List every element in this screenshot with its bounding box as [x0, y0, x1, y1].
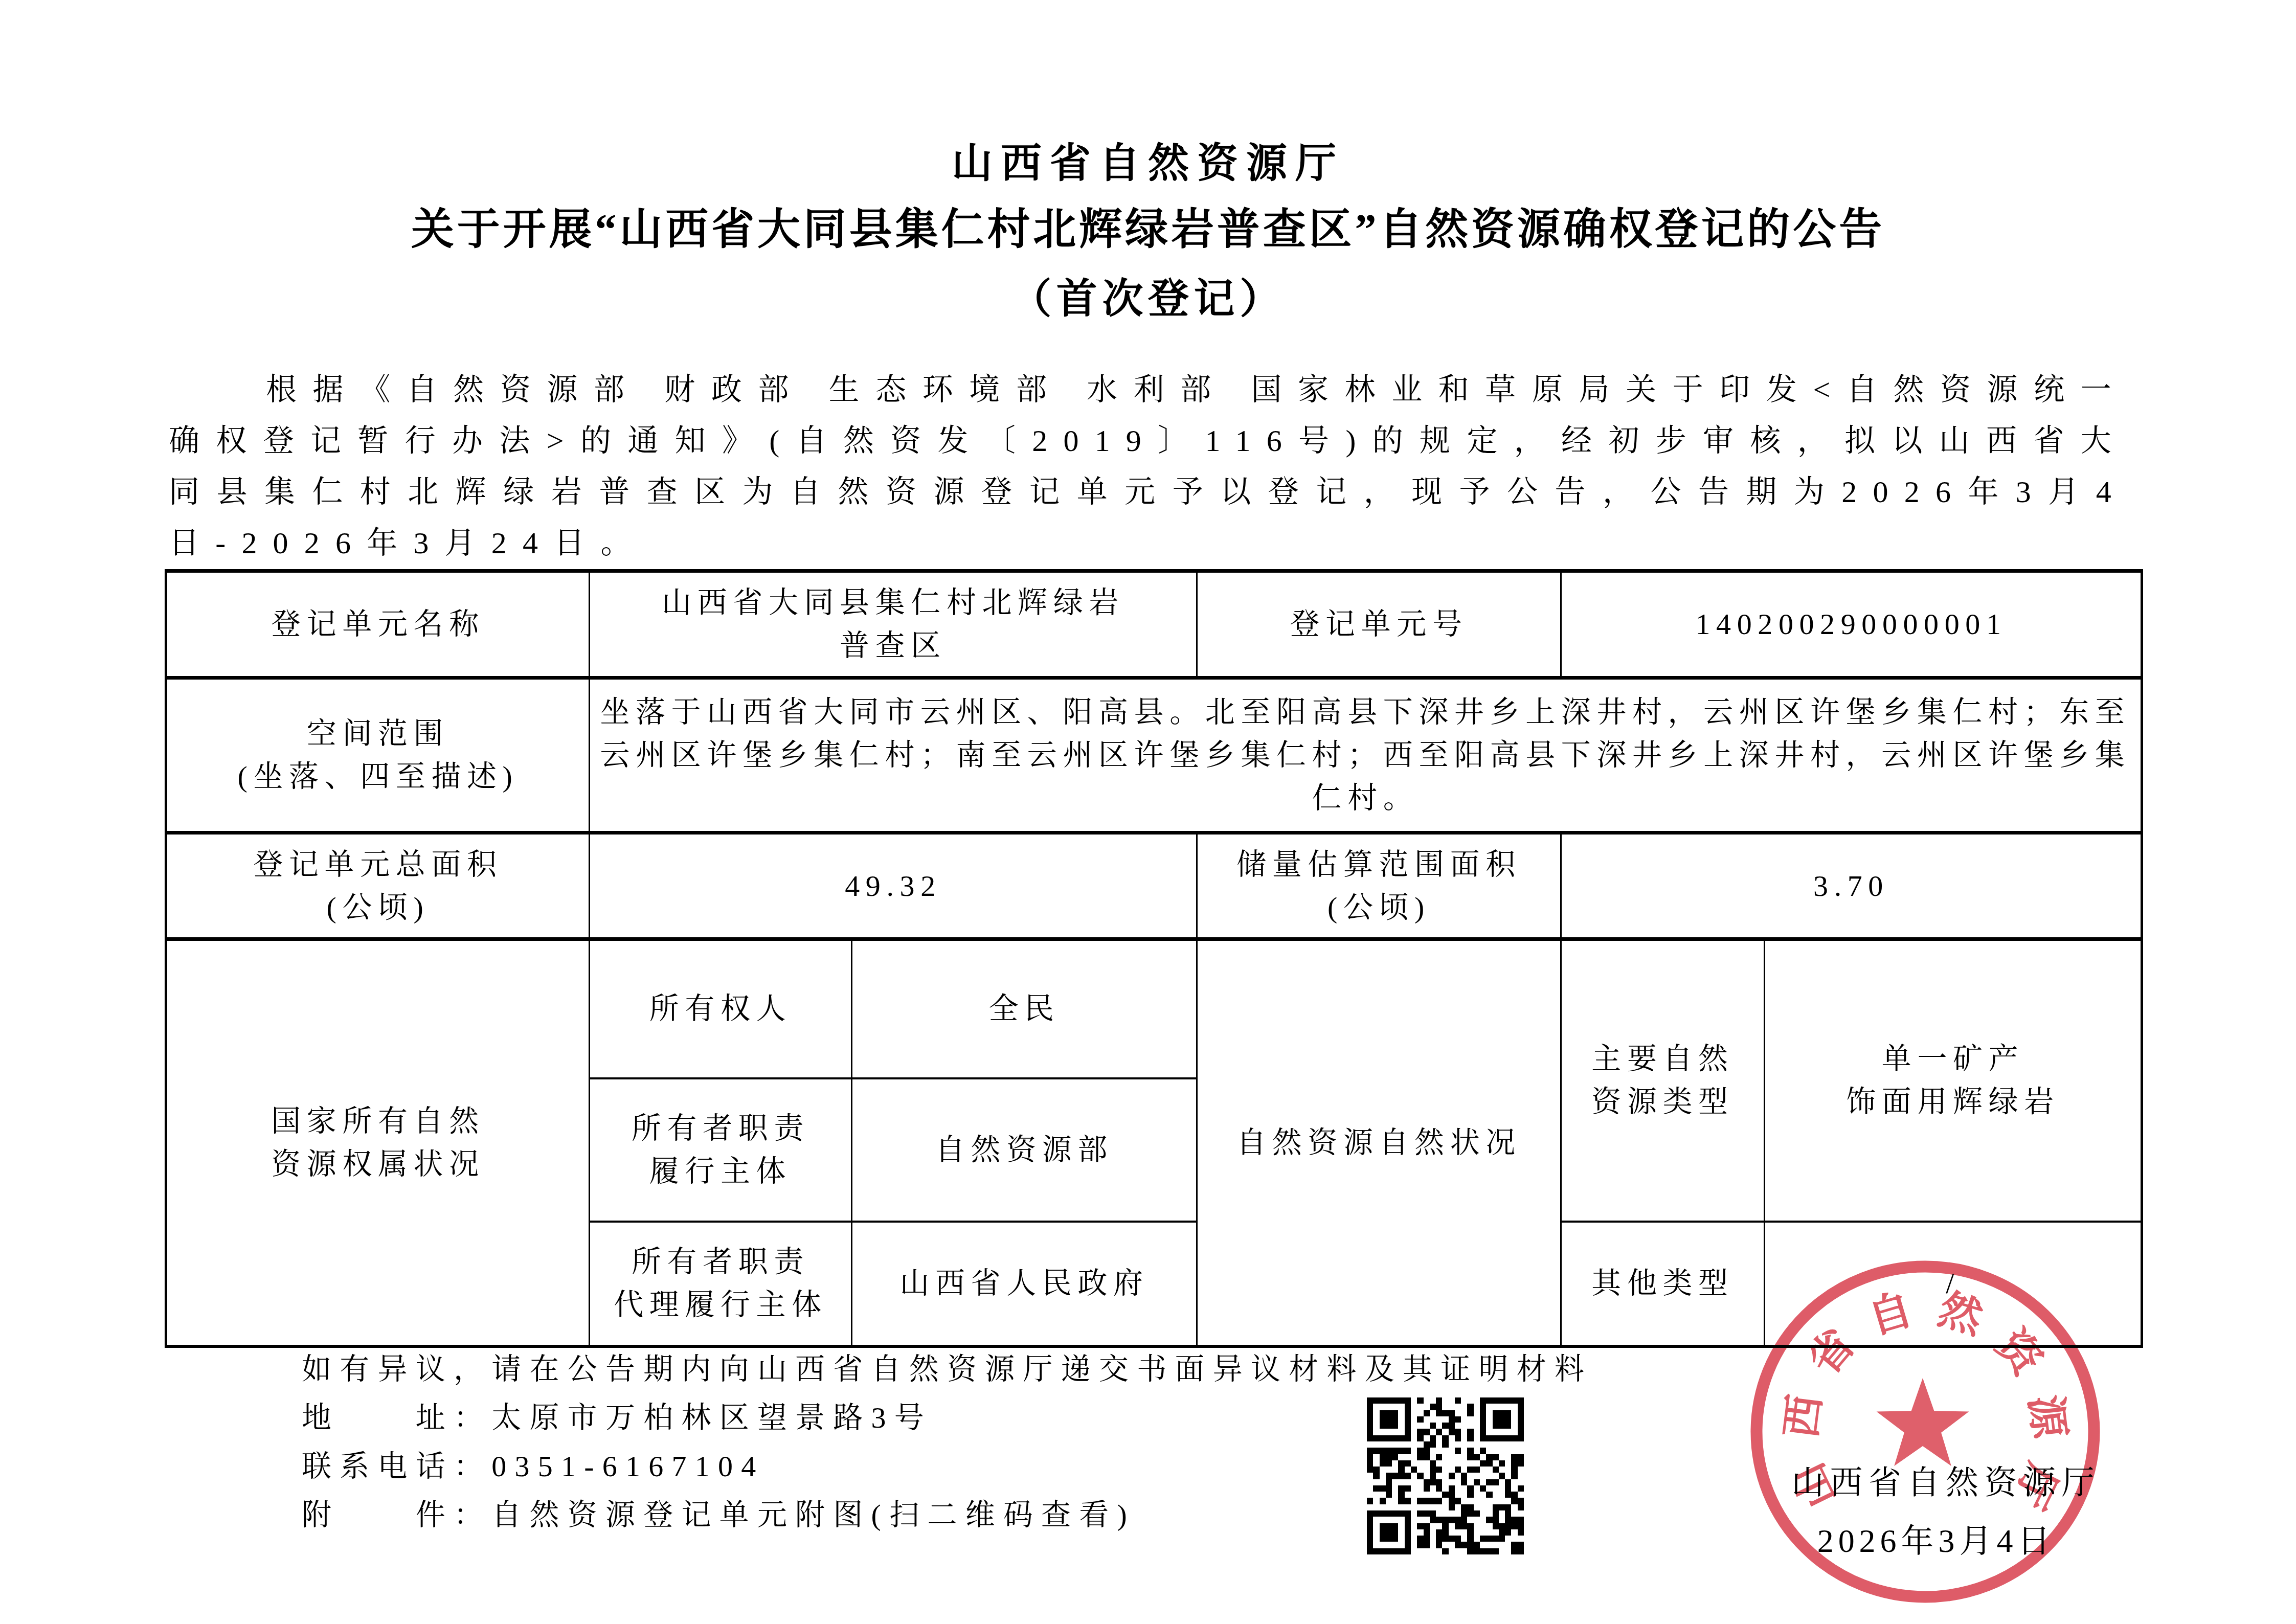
total-area-label: 登记单元总面积 (公顷): [166, 833, 590, 939]
registration-type-title: （首次登记）: [0, 274, 2296, 325]
ownership-status-label: 国家所有自然 资源权属状况: [166, 939, 590, 1346]
table-row: 登记单元总面积 (公顷) 49.32 储量估算范围面积 (公顷) 3.70: [166, 833, 2142, 939]
duty-value: 自然资源部: [852, 1078, 1197, 1222]
registration-table: 登记单元名称 山西省大同县集仁村北辉绿岩 普查区 登记单元号 140200290…: [165, 569, 2143, 1348]
unit-number-value: 140200290000001: [1561, 571, 2142, 678]
announcement-page: 山西省自然资源厅 关于开展“山西省大同县集仁村北辉绿岩普查区”自然资源确权登记的…: [0, 0, 2296, 1624]
reserve-area-value: 3.70: [1561, 833, 2142, 939]
unit-number-label: 登记单元号: [1197, 571, 1561, 678]
seal-star: [1877, 1378, 1969, 1466]
main-type-label: 主要自然 资源类型: [1561, 939, 1765, 1222]
total-area-value: 49.32: [590, 833, 1197, 939]
reserve-area-label: 储量估算范围面积 (公顷): [1197, 833, 1561, 939]
agent-value: 山西省人民政府: [852, 1222, 1197, 1346]
duty-label: 所有者职责 履行主体: [590, 1078, 852, 1222]
other-type-label: 其他类型: [1561, 1222, 1765, 1346]
scope-label: 空间范围 (坐落、四至描述): [166, 678, 590, 833]
unit-name-label: 登记单元名称: [166, 571, 590, 678]
owner-value: 全民: [852, 939, 1197, 1078]
nature-status-label: 自然资源自然状况: [1197, 939, 1561, 1346]
qr-code: [1367, 1397, 1524, 1554]
qr-code-image: [1367, 1397, 1524, 1554]
objection-notice: 如有异议，请在公告期内向山西省自然资源厅递交书面异议材料及其证明材料: [302, 1345, 1592, 1393]
scope-value: 坐落于山西省大同市云州区、阳高县。北至阳高县下深井乡上深井村，云州区许堡乡集仁村…: [590, 678, 2142, 833]
page-title: 山西省自然资源厅: [0, 138, 2296, 189]
signature-date: 2026年3月4日: [1757, 1520, 2115, 1563]
table-row: 国家所有自然 资源权属状况 所有权人 全民 自然资源自然状况 主要自然 资源类型…: [166, 939, 2142, 1078]
agent-label: 所有者职责 代理履行主体: [590, 1222, 852, 1346]
unit-name-value: 山西省大同县集仁村北辉绿岩 普查区: [590, 571, 1197, 678]
main-type-value: 单一矿产 饰面用辉绿岩: [1765, 939, 2142, 1222]
intro-paragraph: 根据《自然资源部 财政部 生态环境部 水利部 国家林业和草原局关于印发<自然资源…: [169, 364, 2127, 569]
other-type-value: /: [1765, 1222, 2142, 1346]
signature-agency: 山西省自然资源厅: [1767, 1461, 2125, 1504]
table-row: 登记单元名称 山西省大同县集仁村北辉绿岩 普查区 登记单元号 140200290…: [166, 571, 2142, 678]
table-row: 空间范围 (坐落、四至描述) 坐落于山西省大同市云州区、阳高县。北至阳高县下深井…: [166, 678, 2142, 833]
page-subtitle: 关于开展“山西省大同县集仁村北辉绿岩普查区”自然资源确权登记的公告: [0, 205, 2296, 256]
owner-label: 所有权人: [590, 939, 852, 1078]
